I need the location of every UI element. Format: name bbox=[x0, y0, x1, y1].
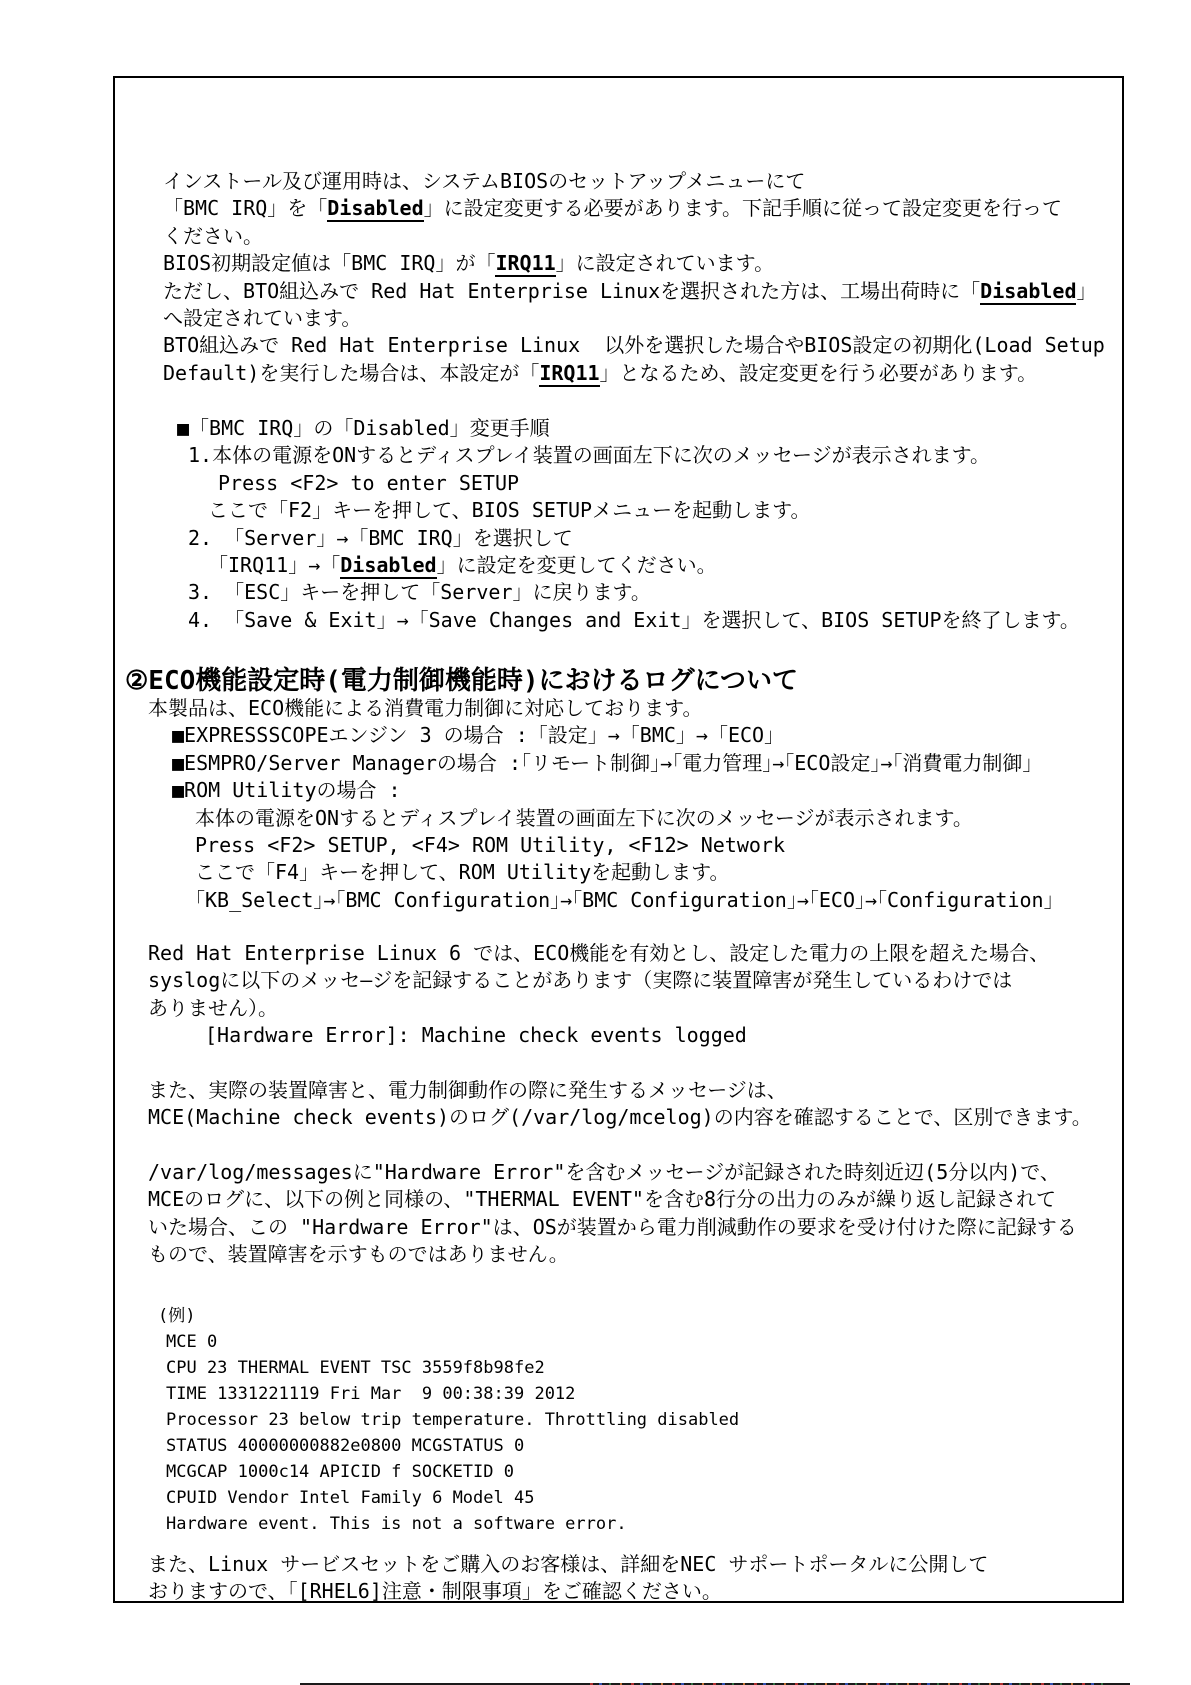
eco-log-section-body-line: 本製品は、ECO機能による消費電力制御に対応しております。 bbox=[148, 697, 703, 721]
mce-log-example-line: CPU 23 THERMAL EVENT TSC 3559f8b98fe2 bbox=[166, 1358, 545, 1378]
eco-log-section-body-line: ■ROM Utilityの場合 : bbox=[172, 779, 401, 803]
document-page: インストール及び運用時は、システムBIOSのセットアップメニューにて「BMC I… bbox=[0, 0, 1191, 1685]
text-segment: ここで「F4」キーを押して、ROM Utilityを起動します。 bbox=[195, 860, 730, 884]
text-segment: Press <F2> SETUP, <F4> ROM Utility, <F12… bbox=[195, 833, 785, 857]
eco-log-section-body-line: 本体の電源をONするとディスプレイ装置の画面左下に次のメッセージが表示されます。 bbox=[195, 807, 973, 831]
emphasized-setting-value: IRQ11 bbox=[495, 251, 555, 277]
mce-log-distinction-note-line: MCE(Machine check events)のログ(/var/log/mc… bbox=[148, 1106, 1092, 1130]
text-segment: Red Hat Enterprise Linux 6 では、ECO機能を有効とし… bbox=[148, 941, 1049, 965]
varlog-messages-note-line: もので、装置障害を示すものではありません。 bbox=[148, 1243, 569, 1267]
text-segment: 本製品は、ECO機能による消費電力制御に対応しております。 bbox=[148, 696, 703, 720]
bmc-irq-intro-paragraph-line: ください。 bbox=[163, 225, 263, 249]
text-segment: ■「BMC IRQ」の「Disabled」変更手順 bbox=[177, 416, 550, 440]
bmc-irq-intro-paragraph-line: ただし、BTO組込みで Red Hat Enterprise Linuxを選択さ… bbox=[163, 280, 1096, 304]
text-segment: 「IRQ11」→「 bbox=[208, 553, 340, 577]
bmc-irq-intro-paragraph-line: Default)を実行した場合は、本設定が「IRQ11」となるため、設定変更を行… bbox=[163, 362, 1037, 386]
linux-service-set-note-line: また、Linux サービスセットをご購入のお客様は、詳細をNEC サポートポータ… bbox=[148, 1553, 988, 1577]
bmc-irq-intro-paragraph-line: BTO組込みで Red Hat Enterprise Linux 以外を選択した… bbox=[163, 334, 1105, 358]
text-segment: ただし、BTO組込みで Red Hat Enterprise Linuxを選択さ… bbox=[163, 279, 980, 303]
text-segment: TIME 1331221119 Fri Mar 9 00:38:39 2012 bbox=[166, 1384, 575, 1404]
text-segment: いた場合、この "Hardware Error"は、OSが装置から電力削減動作の… bbox=[148, 1215, 1077, 1239]
bmc-irq-disabled-procedure-line: 1.本体の電源をONするとディスプレイ装置の画面左下に次のメッセージが表示されま… bbox=[188, 444, 990, 468]
mce-log-example-line: STATUS 40000000882e0800 MCGSTATUS 0 bbox=[166, 1436, 524, 1456]
mce-log-example-line: CPUID Vendor Intel Family 6 Model 45 bbox=[166, 1488, 534, 1508]
mce-log-example-line: TIME 1331221119 Fri Mar 9 00:38:39 2012 bbox=[166, 1384, 575, 1404]
text-segment: /var/log/messagesに"Hardware Error"を含むメッセ… bbox=[148, 1160, 1060, 1184]
mce-log-example-line: MCGCAP 1000c14 APICID f SOCKETID 0 bbox=[166, 1462, 514, 1482]
varlog-messages-note-line: いた場合、この "Hardware Error"は、OSが装置から電力削減動作の… bbox=[148, 1216, 1077, 1240]
bmc-irq-disabled-procedure-line: Press <F2> to enter SETUP bbox=[218, 472, 519, 496]
emphasized-setting-value: Disabled bbox=[980, 279, 1076, 305]
emphasized-setting-value: IRQ11 bbox=[539, 361, 599, 387]
bmc-irq-intro-paragraph-line: インストール及び運用時は、システムBIOSのセットアップメニューにて bbox=[163, 170, 805, 194]
text-segment: インストール及び運用時は、システムBIOSのセットアップメニューにて bbox=[163, 169, 805, 193]
text-segment: 」に設定変更する必要があります。下記手順に従って設定変更を行って bbox=[424, 196, 1062, 220]
eco-log-section-body-line: ｢KB_Select｣→｢BMC Configuration｣→｢BMC Con… bbox=[195, 889, 1054, 913]
text-segment: 2. 「Server」→「BMC IRQ」を選択して bbox=[188, 526, 573, 550]
text-segment: 」に設定されています。 bbox=[556, 251, 774, 275]
text-segment: ここで「F2」キーを押して、BIOS SETUPメニューを起動します。 bbox=[208, 498, 811, 522]
text-segment: へ設定されています。 bbox=[163, 306, 361, 330]
mce-log-example-line: Processor 23 below trip temperature. Thr… bbox=[166, 1410, 739, 1430]
emphasized-setting-value: Disabled bbox=[340, 553, 436, 579]
text-segment: ②ECO機能設定時(電力制御機能時)におけるログについて bbox=[125, 666, 798, 696]
text-segment: (例) bbox=[158, 1306, 195, 1326]
text-segment: 3. 「ESC」キーを押して「Server」に戻ります。 bbox=[188, 580, 651, 604]
bmc-irq-disabled-procedure-line: 「IRQ11」→「Disabled」に設定を変更してください。 bbox=[208, 554, 717, 578]
bmc-irq-intro-paragraph-line: へ設定されています。 bbox=[163, 307, 361, 331]
rhel6-syslog-note-line: ありません）。 bbox=[148, 997, 278, 1021]
text-segment: Press <F2> to enter SETUP bbox=[218, 471, 519, 495]
text-segment: また、実際の装置障害と、電力制御動作の際に発生するメッセージは、 bbox=[148, 1078, 787, 1102]
text-segment: また、Linux サービスセットをご購入のお客様は、詳細をNEC サポートポータ… bbox=[148, 1552, 988, 1576]
text-segment: ください。 bbox=[163, 224, 263, 248]
text-segment: MCE(Machine check events)のログ(/var/log/mc… bbox=[148, 1105, 1092, 1129]
text-segment: 」 bbox=[1076, 279, 1096, 303]
mce-log-distinction-note-line: また、実際の装置障害と、電力制御動作の際に発生するメッセージは、 bbox=[148, 1079, 787, 1103]
varlog-messages-note-line: /var/log/messagesに"Hardware Error"を含むメッセ… bbox=[148, 1161, 1060, 1185]
text-segment: 本体の電源をONするとディスプレイ装置の画面左下に次のメッセージが表示されます。 bbox=[195, 806, 973, 830]
text-segment: 「BMC IRQ」を「 bbox=[163, 196, 327, 220]
eco-log-section-heading-line: ②ECO機能設定時(電力制御機能時)におけるログについて bbox=[125, 666, 798, 697]
text-segment: 」に設定を変更してください。 bbox=[437, 553, 717, 577]
eco-log-section-body-line: ここで「F4」キーを押して、ROM Utilityを起動します。 bbox=[195, 861, 730, 885]
text-segment: STATUS 40000000882e0800 MCGSTATUS 0 bbox=[166, 1436, 524, 1456]
text-segment: おりますので、「[RHEL6]注意・制限事項」をご確認ください。 bbox=[148, 1579, 722, 1603]
text-segment: CPU 23 THERMAL EVENT TSC 3559f8b98fe2 bbox=[166, 1358, 545, 1378]
rhel6-syslog-note-line: Red Hat Enterprise Linux 6 では、ECO機能を有効とし… bbox=[148, 942, 1049, 966]
text-segment: Hardware event. This is not a software e… bbox=[166, 1514, 627, 1534]
bmc-irq-intro-paragraph-line: 「BMC IRQ」を「Disabled」に設定変更する必要があります。下記手順に… bbox=[163, 197, 1062, 221]
text-segment: MCEのログに、以下の例と同様の、"THERMAL EVENT"を含む8行分の出… bbox=[148, 1187, 1056, 1211]
eco-log-section-body-line: Press <F2> SETUP, <F4> ROM Utility, <F12… bbox=[195, 834, 785, 858]
text-segment: BIOS初期設定値は「BMC IRQ」が「 bbox=[163, 251, 495, 275]
mce-log-example-line: (例) bbox=[158, 1306, 195, 1326]
text-segment: 4. 「Save & Exit」→「Save Changes and Exit」… bbox=[188, 608, 1080, 632]
text-segment: 1.本体の電源をONするとディスプレイ装置の画面左下に次のメッセージが表示されま… bbox=[188, 443, 990, 467]
bmc-irq-disabled-procedure-line: ■「BMC IRQ」の「Disabled」変更手順 bbox=[177, 417, 550, 441]
text-segment: CPUID Vendor Intel Family 6 Model 45 bbox=[166, 1488, 534, 1508]
emphasized-setting-value: Disabled bbox=[327, 196, 423, 222]
rhel6-syslog-note-line: syslogに以下のメッセ―ジを記録することがあります（実際に装置障害が発生して… bbox=[148, 969, 1012, 993]
text-segment: MCGCAP 1000c14 APICID f SOCKETID 0 bbox=[166, 1462, 514, 1482]
text-segment: Default)を実行した場合は、本設定が「 bbox=[163, 361, 539, 385]
text-segment: 」となるため、設定変更を行う必要があります。 bbox=[600, 361, 1038, 385]
bmc-irq-disabled-procedure-line: 3. 「ESC」キーを押して「Server」に戻ります。 bbox=[188, 581, 651, 605]
text-segment: syslogに以下のメッセ―ジを記録することがあります（実際に装置障害が発生して… bbox=[148, 968, 1012, 992]
bmc-irq-disabled-procedure-line: 2. 「Server」→「BMC IRQ」を選択して bbox=[188, 527, 573, 551]
text-segment: MCE 0 bbox=[166, 1332, 217, 1352]
bmc-irq-disabled-procedure-line: ここで「F2」キーを押して、BIOS SETUPメニューを起動します。 bbox=[208, 499, 811, 523]
text-segment: ｢KB_Select｣→｢BMC Configuration｣→｢BMC Con… bbox=[195, 888, 1054, 912]
bmc-irq-disabled-procedure-line: 4. 「Save & Exit」→「Save Changes and Exit」… bbox=[188, 609, 1080, 633]
text-segment: ■ROM Utilityの場合 : bbox=[172, 778, 401, 802]
rhel6-syslog-note-line: [Hardware Error]: Machine check events l… bbox=[205, 1024, 747, 1048]
text-segment: [Hardware Error]: Machine check events l… bbox=[205, 1023, 747, 1047]
eco-log-section-body-line: ■EXPRESSSCOPEエンジン 3 の場合 :「設定」→「BMC」→「ECO… bbox=[172, 724, 784, 748]
text-segment: ■EXPRESSSCOPEエンジン 3 の場合 :「設定」→「BMC」→「ECO… bbox=[172, 723, 784, 747]
mce-log-example-line: MCE 0 bbox=[166, 1332, 217, 1352]
text-segment: もので、装置障害を示すものではありません。 bbox=[148, 1242, 569, 1266]
mce-log-example-line: Hardware event. This is not a software e… bbox=[166, 1514, 627, 1534]
text-segment: BTO組込みで Red Hat Enterprise Linux 以外を選択した… bbox=[163, 333, 1105, 357]
varlog-messages-note-line: MCEのログに、以下の例と同様の、"THERMAL EVENT"を含む8行分の出… bbox=[148, 1188, 1056, 1212]
text-segment: ■ESMPRO/Server Managerの場合 :｢リモート制御｣→｢電力管… bbox=[172, 751, 1032, 775]
text-segment: ありません）。 bbox=[148, 996, 278, 1020]
eco-log-section-body-line: ■ESMPRO/Server Managerの場合 :｢リモート制御｣→｢電力管… bbox=[172, 752, 1032, 776]
text-segment: Processor 23 below trip temperature. Thr… bbox=[166, 1410, 739, 1430]
linux-service-set-note-line: おりますので、「[RHEL6]注意・制限事項」をご確認ください。 bbox=[148, 1580, 722, 1604]
bmc-irq-intro-paragraph-line: BIOS初期設定値は「BMC IRQ」が「IRQ11」に設定されています。 bbox=[163, 252, 774, 276]
